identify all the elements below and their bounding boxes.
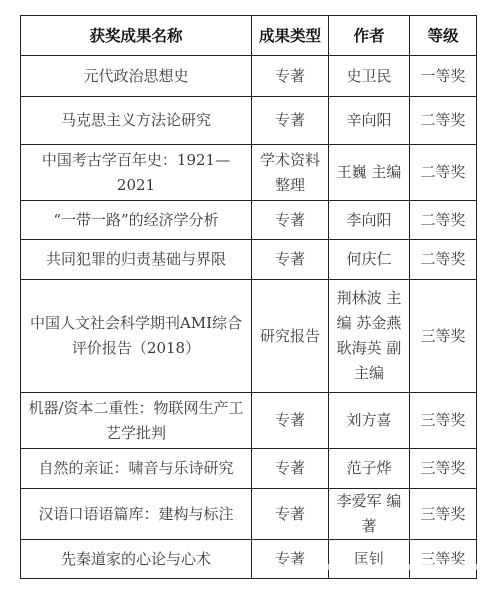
cell-level: 二等奖 — [410, 201, 477, 240]
cell-level: 一等奖 — [410, 56, 477, 97]
cell-author: 匡钊 — [329, 540, 410, 579]
table-row: “一带一路”的经济学分析 专著 李向阳 二等奖 — [21, 201, 477, 240]
cell-author: 辛向阳 — [329, 97, 410, 145]
table-row: 中国考古学百年史：1921—2021 学术资料整理 王巍 主编 二等奖 — [21, 145, 477, 201]
cell-level: 二等奖 — [410, 97, 477, 145]
cell-type: 学术资料整理 — [252, 145, 329, 201]
cell-type: 专著 — [252, 97, 329, 145]
cell-author: 刘方喜 — [329, 393, 410, 449]
cell-title: 自然的亲证：啸音与乐诗研究 — [21, 449, 252, 489]
header-author: 作者 — [329, 16, 410, 56]
table-row: 机器/资本二重性：物联网生产工艺学批判 专著 刘方喜 三等奖 — [21, 393, 477, 449]
cell-type: 专著 — [252, 449, 329, 489]
cell-author: 范子烨 — [329, 449, 410, 489]
cell-author: 李向阳 — [329, 201, 410, 240]
cell-title: 共同犯罪的归责基础与界限 — [21, 240, 252, 280]
table-row: 元代政治思想史 专著 史卫民 一等奖 — [21, 56, 477, 97]
cell-title: 中国人文社会科学期刊AMI综合评价报告（2018） — [21, 280, 252, 393]
table-header-row: 获奖成果名称 成果类型 作者 等级 — [21, 16, 477, 56]
cell-level: 三等奖 — [410, 280, 477, 393]
cell-type: 专著 — [252, 201, 329, 240]
cell-level: 二等奖 — [410, 145, 477, 201]
cell-type: 专著 — [252, 540, 329, 579]
cell-level: 三等奖 — [410, 393, 477, 449]
header-title: 获奖成果名称 — [21, 16, 252, 56]
cell-title: 汉语口语语篇库：建构与标注 — [21, 489, 252, 540]
cell-author: 荆林波 主编 苏金燕 耿海英 副主编 — [329, 280, 410, 393]
cell-author: 史卫民 — [329, 56, 410, 97]
table-row: 先秦道家的心论与心术 专著 匡钊 三等奖 — [21, 540, 477, 579]
cell-level: 三等奖 — [410, 489, 477, 540]
table-row: 共同犯罪的归责基础与界限 专著 何庆仁 二等奖 — [21, 240, 477, 280]
cell-type: 专著 — [252, 489, 329, 540]
cell-author: 李爱军 编著 — [329, 489, 410, 540]
cell-title: 机器/资本二重性：物联网生产工艺学批判 — [21, 393, 252, 449]
cell-author: 何庆仁 — [329, 240, 410, 280]
cell-level: 二等奖 — [410, 240, 477, 280]
cell-level: 三等奖 — [410, 540, 477, 579]
cell-type: 专著 — [252, 56, 329, 97]
cell-type: 专著 — [252, 240, 329, 280]
cell-title: “一带一路”的经济学分析 — [21, 201, 252, 240]
watermark-overlay — [268, 564, 478, 570]
header-type: 成果类型 — [252, 16, 329, 56]
cell-title: 马克思主义方法论研究 — [21, 97, 252, 145]
cell-type: 研究报告 — [252, 280, 329, 393]
table-row: 汉语口语语篇库：建构与标注 专著 李爱军 编著 三等奖 — [21, 489, 477, 540]
cell-type: 专著 — [252, 393, 329, 449]
cell-level: 三等奖 — [410, 449, 477, 489]
cell-author: 王巍 主编 — [329, 145, 410, 201]
table-row: 中国人文社会科学期刊AMI综合评价报告（2018） 研究报告 荆林波 主编 苏金… — [21, 280, 477, 393]
cell-title: 中国考古学百年史：1921—2021 — [21, 145, 252, 201]
table-row: 马克思主义方法论研究 专著 辛向阳 二等奖 — [21, 97, 477, 145]
table-row: 自然的亲证：啸音与乐诗研究 专著 范子烨 三等奖 — [21, 449, 477, 489]
header-level: 等级 — [410, 16, 477, 56]
cell-title: 元代政治思想史 — [21, 56, 252, 97]
awards-table: 获奖成果名称 成果类型 作者 等级 元代政治思想史 专著 史卫民 一等奖 马克思… — [20, 15, 477, 579]
cell-title: 先秦道家的心论与心术 — [21, 540, 252, 579]
